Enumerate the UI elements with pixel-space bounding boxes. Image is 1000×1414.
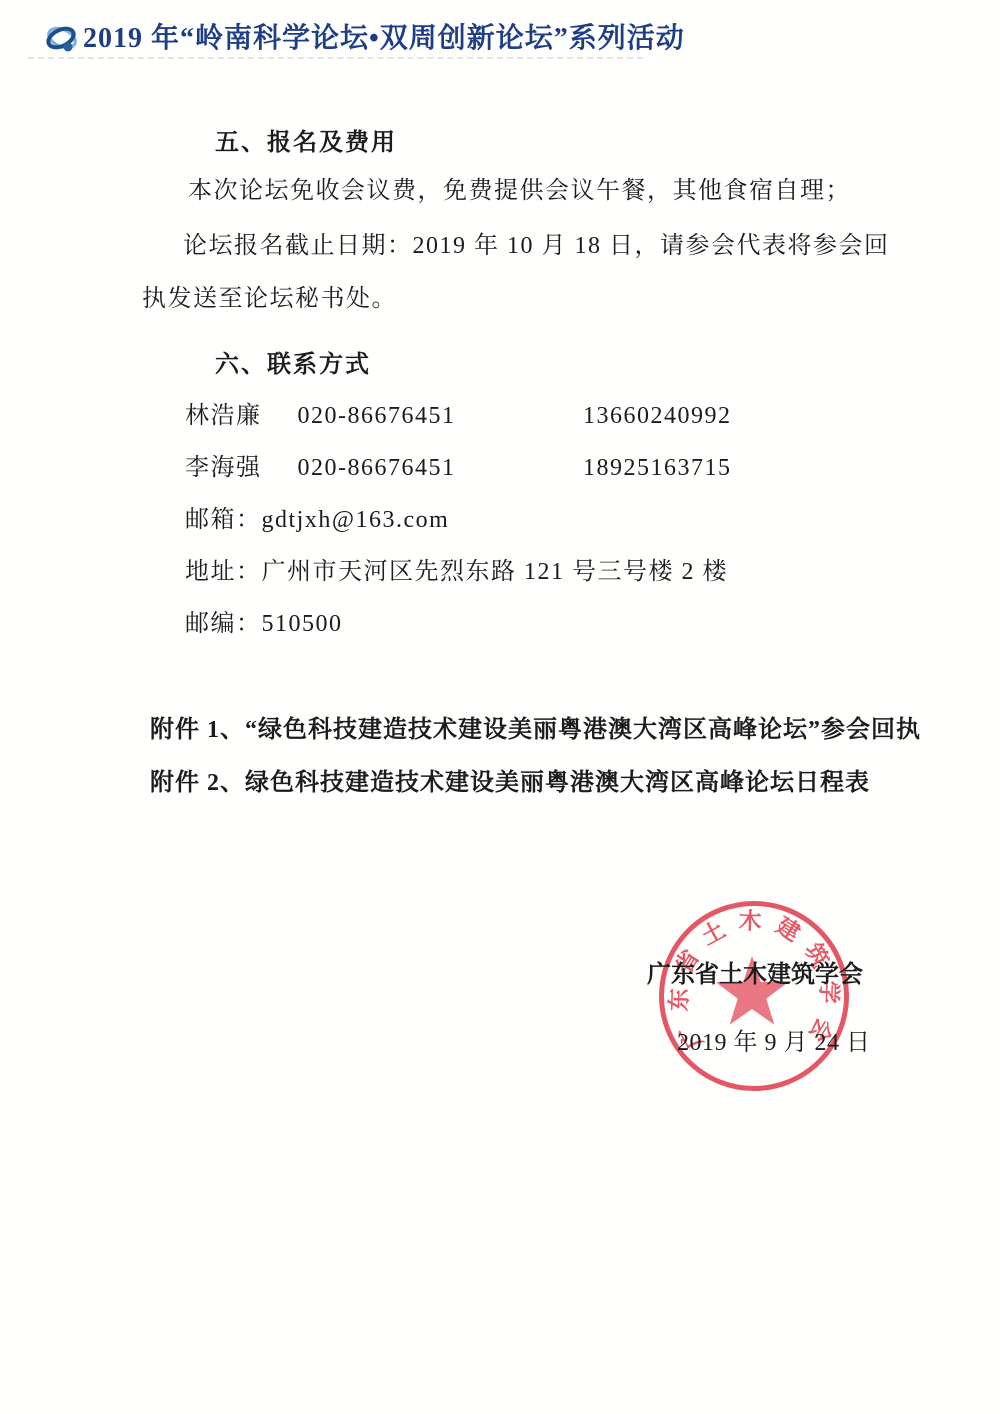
fees-paragraph-2-line-2: 执发送至论坛秘书处。: [142, 287, 397, 312]
attachment-1: 附件 1、“绿色科技建造技术建设美丽粤港澳大湾区高峰论坛”参会回执: [150, 718, 921, 743]
attachment-2: 附件 2、绿色科技建造技术建设美丽粤港澳大湾区高峰论坛日程表: [150, 771, 870, 796]
email-label: 邮箱：: [185, 507, 262, 533]
signature-date: 2019 年 9 月 24 日: [677, 1031, 871, 1056]
contact-phone: 020-86676451: [298, 404, 576, 429]
forum-logo-icon: [44, 22, 80, 56]
header-title: 2019 年“岭南科学论坛•双周创新论坛”系列活动: [83, 24, 685, 53]
contact-row: 林浩廉 020-86676451 13660240992: [185, 404, 732, 429]
postcode-value: 510500: [262, 611, 343, 637]
section-contact-heading: 六、联系方式: [215, 353, 371, 378]
address-label: 地址：: [185, 559, 262, 585]
signature-organization: 广东省土木建筑学会: [647, 963, 863, 988]
document-header: 2019 年“岭南科学论坛•双周创新论坛”系列活动: [44, 22, 685, 56]
header-divider: [28, 57, 643, 59]
contact-mobile: 18925163715: [583, 455, 732, 481]
contact-name: 李海强: [185, 456, 290, 481]
postcode-label: 邮编：: [185, 611, 262, 637]
email-value: gdtjxh@163.com: [262, 507, 450, 533]
contact-name: 林浩廉: [185, 404, 290, 429]
fees-paragraph-1: 本次论坛免收会议费，免费提供会议午餐，其他食宿自理；: [188, 179, 851, 204]
fees-paragraph-2-line-1: 论坛报名截止日期：2019 年 10 月 18 日，请参会代表将参会回: [183, 234, 890, 259]
email-row: 邮箱：gdtjxh@163.com: [185, 508, 449, 533]
contact-row: 李海强 020-86676451 18925163715: [185, 456, 732, 481]
section-fees-heading: 五、报名及费用: [215, 131, 397, 156]
address-value: 广州市天河区先烈东路 121 号三号楼 2 楼: [262, 559, 729, 585]
document-page: 2019 年“岭南科学论坛•双周创新论坛”系列活动 五、报名及费用 本次论坛免收…: [0, 0, 1000, 1414]
official-seal-stamp: 广东省土木建筑学会: [656, 898, 856, 1098]
postcode-row: 邮编：510500: [185, 612, 343, 637]
address-row: 地址：广州市天河区先烈东路 121 号三号楼 2 楼: [185, 560, 728, 585]
contact-phone: 020-86676451: [298, 456, 576, 481]
contact-mobile: 13660240992: [583, 403, 732, 429]
